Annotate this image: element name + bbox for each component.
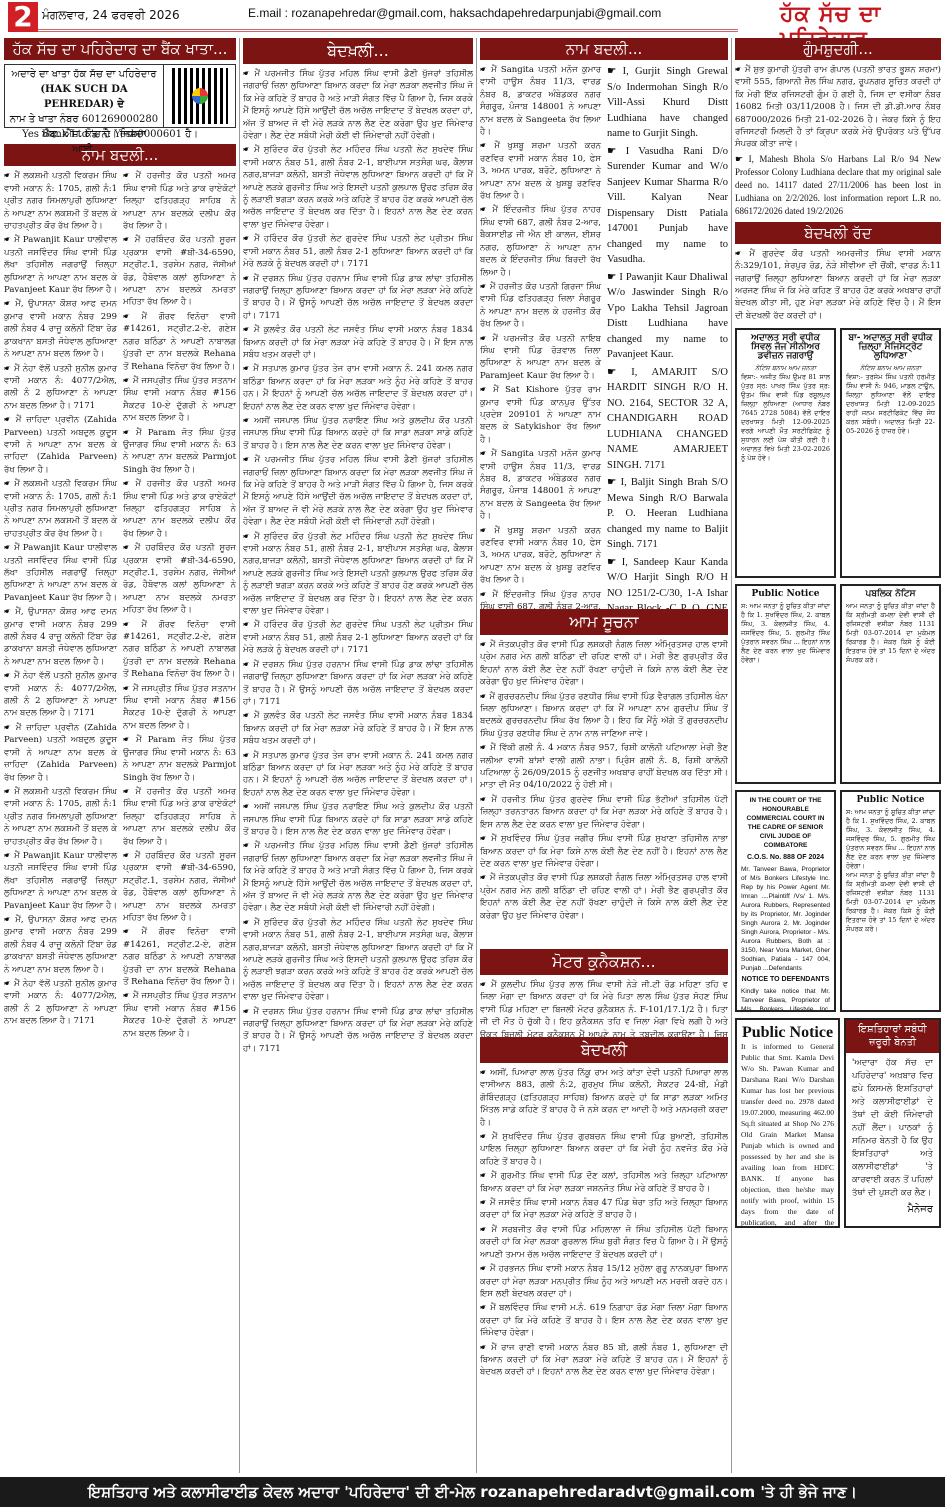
case-number: C.O.S. No. 888 OF 2024 [741,853,830,862]
footer-text: ਇਸ਼ਤਿਹਾਰ ਅਤੇ ਕਲਾਸੀਫਾਈਡ ਕੇਵਲ ਅਦਾਰਾ 'ਪਹਿਰੇ… [88,1483,857,1501]
notice-item: ਮੈਂ ਹਰਜੀਤ ਕੌਰ ਪਤਨੀ ਅਮਰ ਸਿੰਘ ਵਾਸੀ ਪਿੰਡ ਅਤ… [123,478,236,540]
court-notice-title: IN THE COURT OF THE HONOURABLE COMMERCIA… [741,796,830,850]
ad-disclaimer-title: ਇਸ਼ਤਿਹਾਰਾਂ ਸਬੰਧੀ ਜ਼ਰੂਰੀ ਬੇਨਤੀ [846,1020,939,1053]
court-notice-2: ਬਾ- ਅਦਾਲਤ ਸ੍ਰੀ ਵਧੀਕ ਜ਼ਿਲ੍ਹਾ ਮੈਜਿਸਟ੍ਰੇਟ ਲ… [840,328,941,578]
notice-item: ਮੈਂ ਹਰਬਿੰਦਰ ਕੌਰ ਪਤਨੀ ਸੂਰਜ ਪ੍ਰਕਾਸ਼ ਵਾਸੀ #… [123,234,236,308]
section-title: ਬੇਦਖਲੀ ਰੱਦ [804,224,871,242]
notice-item: ਅਸੀਂ ਜਸਪਾਲ ਸਿੰਘ ਪੁੱਤਰ ਨਰਾਇਣ ਸਿੰਘ ਅਤੇ ਕੁਲ… [243,801,473,838]
notice-item: ਮੈਂ ਜੋਤਕਪ੍ਰੀਤ ਕੌਰ ਵਾਸੀ ਪਿੰਡ ਲਸ਼ਕਰੀ ਨੰਗਲ … [480,872,728,922]
notice-item: ਮੈਂ ਇੰਦਰਜੀਤ ਸਿੰਘ ਪੁੱਤਰ ਨਾਹਰ ਸਿੰਘ ਵਾਸੀ 68… [480,204,601,278]
court-notice-subtitle: ਨੋਟਿਸ ਬਨਾਮ ਆਮ ਜਨਤਾ [741,364,830,373]
public-notice-body: It is informed to General Public that Sm… [741,1041,834,1228]
notice-to-defendants-body: Kindly take notice that Mr. Tanveer Bawa… [741,987,830,1012]
notice-item: ਮੈਂ ਪਰਮਜੀਤ ਕੌਰ ਪਤਨੀ ਨਾਇਬ ਸਿੰਘ ਵਾਸੀ ਪਿੰਡ … [480,333,601,383]
court-notice-body: ਆਮ ਜਨਤਾ ਨੂੰ ਸੂਚਿਤ ਕੀਤਾ ਜਾਂਦਾ ਹੈ ਕਿ ਸ਼੍ਰੀ… [846,871,935,934]
bank-account-heading: ਹੱਕ ਸੱਚ ਦਾ ਪਹਿਰੇਦਾਰ ਦਾ ਬੈਂਕ ਖਾਤਾ... [4,38,236,60]
motor-connection-body: ਮੈਂ ਕੁਲਦੀਪ ਸਿੰਘ ਪੁੱਤਰ ਲਾਲ ਸਿੰਘ ਵਾਸੀ ਨੇੜੇ… [480,979,728,1037]
court-notice-4: Public Notice ਸ: ਆਮ ਜਨਤਾ ਨੂੰ ਸੂਚਿਤ ਕੀਤਾ … [840,790,941,1012]
qr-code[interactable] [163,65,235,127]
notice-item: ਮੈਂ ਗੁਰਮੀਤ ਸਿੰਘ ਵਾਸੀ ਪਿੰਡ ਦੌਣ ਕਲਾਂ, ਤਹਿਸ… [480,1170,728,1195]
column-divider [476,38,477,1473]
notice-item: ਮੈਂ ਕੁਲਵੰਤ ਕੌਰ ਪਤਨੀ ਲੇਟ ਜਸਵੰਤ ਸਿੰਘ ਵਾਸੀ … [243,710,473,747]
notice-item: ਮੈਂ ਲਕਸ਼ਮੀ ਪਤਨੀ ਵਿਕਰਮ ਸਿੰਘ ਵਾਸੀ ਮਕਾਨ ਨੰ:… [4,170,117,232]
court-notices-row-3: IN THE COURT OF THE HONOURABLE COMMERCIA… [735,790,941,1018]
notice-item: ਮੈਂ ਖੁਸ਼ਬੂ ਸ਼ਰਮਾ ਪਤਨੀ ਕਰਨ ਰਣਵਿਰ ਵਾਸੀ ਮਕਾ… [480,140,601,202]
notice-item: ਮੈਂ ਸੁਰਿੰਦਰ ਕੌਰ ਪੁੱਤਰੀ ਲੇਟ ਮਹਿੰਦਰ ਸਿੰਘ ਪ… [243,917,473,1004]
court-notice-body: ਸ: ਆਮ ਜਨਤਾ ਨੂੰ ਸੂਚਿਤ ਕੀਤਾ ਜਾਂਦਾ ਹੈ ਕਿ 1.… [741,602,830,665]
column-right: ਗੁੰਮਸ਼ੁਦਗੀ... ਮੈਂ ਸ਼ੁਭ ਕੁਮਾਰੀ ਪੁੱਤਰੀ ਰਾਮ… [735,38,941,1470]
notice-item: I Vasudha Rani D/o Surender Kumar and W/… [607,144,728,268]
column-left: ਹੱਕ ਸੱਚ ਦਾ ਪਹਿਰੇਦਾਰ ਦਾ ਬੈਂਕ ਖਾਤਾ... ਅਦਾਰ… [4,38,236,1470]
court-notice-body: ਸ: ਆਮ ਜਨਤਾ ਨੂੰ ਸੂਚਿਤ ਕੀਤਾ ਜਾਂਦਾ ਹੈ ਕਿ 1.… [846,808,935,871]
notice-item: ਮੈਂ ਪਰਮਜੀਤ ਸਿੰਘ ਪੁੱਤਰ ਮਹਿਲ ਸਿੰਘ ਵਾਸੀ ਡੈਣ… [243,454,473,528]
naam-badli-left-body: ਮੈਂ ਲਕਸ਼ਮੀ ਪਤਨੀ ਵਿਕਰਮ ਸਿੰਘ ਵਾਸੀ ਮਕਾਨ ਨੰ:… [4,170,236,1042]
case-parties: Mr. Tanveer Bawa, Proprietor of M/s Bonk… [741,865,830,973]
notice-item: ਮੈਂ Pawanjit Kaur ਧਾਲੀਵਾਲ ਪਤਨੀ ਜਸਵਿੰਦਰ ਸ… [4,542,117,604]
notice-item: ਮੈਂ ਸਰਬਜੀਤ ਕੌਰ ਵਾਸੀ ਪਿੰਡ ਮਹਿਲਾਲਾ ਜੋ ਸਿੰਘ… [480,1224,728,1261]
notice-item: ਮੈਂ ਸੁਰਿੰਦਰ ਕੌਰ ਪੁੱਤਰੀ ਲੇਟ ਮਹਿੰਦਰ ਸਿੰਘ ਪ… [243,144,473,231]
ad-disclaimer-body: 'ਅਦਾਰਾ ਹੱਕ ਸੱਚ ਦਾ ਪਹਿਰੇਦਾਰ' ਅਖ਼ਬਾਰ ਵਿਚ ਛ… [846,1053,939,1204]
section-title: ਆਮ ਸੂਚਨਾ [569,612,638,631]
footer-banner: ਇਸ਼ਤਿਹਾਰ ਅਤੇ ਕਲਾਸੀਫਾਈਡ ਕੇਵਲ ਅਦਾਰਾ 'ਪਹਿਰੇ… [0,1477,945,1507]
notice-item: I, Sandeep Kaur Kanda W/O Harjit Singh R… [607,555,728,610]
court-notice-title: ਪਬਲਿਕ ਨੋਟਿਸ [846,590,935,599]
page-header: 2 ਮੰਗਲਵਾਰ, 24 ਫਰਵਰੀ 2026 E.mail : rozana… [0,0,945,32]
section-title: ਬੇਦਖਲੀ [581,1040,627,1059]
public-notice-english: Public Notice It is informed to General … [735,1018,840,1228]
naam-badli-mid-body: ਮੈਂ Sangita ਪਤਨੀ ਮਨੋਜ ਕੁਮਾਰ ਵਾਸੀ ਹਾਊਸ ਨੰ… [480,64,728,609]
notice-item: ਮੈਂ ਜਸਪ੍ਰੀਤ ਸਿੰਘ ਪੁੱਤਰ ਸਤਨਾਮ ਸਿੰਘ ਵਾਸੀ ਮ… [123,375,236,425]
notice-item: ਮੈਂ ਸ਼ੁਭ ਕੁਮਾਰੀ ਪੁੱਤਰੀ ਰਾਮ ਗੋਪਾਲ (ਪਤਨੀ ਭ… [735,64,941,151]
notice-item: ਮੈਂ ਨੇਹਾ ਵੱਲੋਂ ਪਤਨੀ ਸੁਨੀਲ ਕੁਮਾਰ ਵਾਸੀ ਮਕਾ… [4,363,117,413]
notice-item: ਮੈਂ ਨੇਹਾ ਵੱਲੋਂ ਪਤਨੀ ਸੁਨੀਲ ਕੁਮਾਰ ਵਾਸੀ ਮਕਾ… [4,670,117,720]
notice-item: ਮੈਂ ਹਰਿੰਦਰ ਕੌਰ ਪੁੱਤਰੀ ਲੇਟ ਗੁਰਦੇਵ ਸਿੰਘ ਪਤ… [243,233,473,270]
public-notice-small-right: ਪਬਲਿਕ ਨੋਟਿਸ ਆਮ ਜਨਤਾ ਨੂੰ ਸੂਚਿਤ ਕੀਤਾ ਜਾਂਦਾ… [840,584,941,784]
notice-item: ਮੈਂ Pawanjit Kaur ਧਾਲੀਵਾਲ ਪਤਨੀ ਜਸਵਿੰਦਰ ਸ… [4,234,117,296]
notice-item: ਮੈਂ ਕੁਲਵੰਤ ਕੌਰ ਪਤਨੀ ਲੇਟ ਜਸਵੰਤ ਸਿੰਘ ਵਾਸੀ … [243,324,473,361]
court-notice-title: ਅਦਾਲਤ ਸ੍ਰੀ ਵਧੀਕ ਸਿਵਲ ਜੱਜ ਸੀਨੀਅਰ ਡਵੀਜ਼ਨ ਜ… [741,334,830,361]
notice-item: ਮੈਂ ਹਰਜੀਤ ਕੌਰ ਪਤਨੀ ਅਮਰ ਸਿੰਘ ਵਾਸੀ ਪਿੰਡ ਅਤ… [123,170,236,232]
notice-item: ਮੈਂ Sat Kishore ਪੁੱਤਰ ਰਾਮ ਕੁਮਾਰ ਵਾਸੀ ਪਿੰ… [480,384,601,446]
section-title: ਬੇਦਖ਼ਲੀ... [327,41,389,60]
notice-item: ਮੈਂ Sangita ਪਤਨੀ ਮਨੋਜ ਕੁਮਾਰ ਵਾਸੀ ਹਾਊਸ ਨੰ… [480,64,601,138]
notice-item: I, Mahesh Bhola S/o Harbans Lal R/o 94 N… [735,153,941,218]
notice-item: ਮੈਂ ਸੁਖਵਿੰਦਰ ਸਿੰਘ ਪੁੱਤਰ ਗੁਰਬਚਨ ਸਿੰਘ ਵਾਸੀ… [480,1131,728,1168]
notice-item: ਮੈਂ ਰਾਜ ਰਾਣੀ ਵਾਸੀ ਮਕਾਨ ਨੰਬਰ 85 ਬੀ, ਗਲੀ ਨ… [480,1342,728,1379]
notice-item: ਮੈਂ ਹਰਬਿੰਦਰ ਕੌਰ ਪਤਨੀ ਸੂਰਜ ਪ੍ਰਕਾਸ਼ ਵਾਸੀ #… [123,850,236,924]
naam-badli-punjabi-col: ਮੈਂ Sangita ਪਤਨੀ ਮਨੋਜ ਕੁਮਾਰ ਵਾਸੀ ਹਾਊਸ ਨੰ… [480,64,601,609]
notice-item: ਮੈਂ ਹਰਿੰਦਰ ਕੌਰ ਪੁੱਤਰੀ ਲੇਟ ਗੁਰਦੇਵ ਸਿੰਘ ਪਤ… [243,619,473,656]
notice-item: ਮੈਂ ਹਰਬਿੰਦਰ ਕੌਰ ਪਤਨੀ ਸੂਰਜ ਪ੍ਰਕਾਸ਼ ਵਾਸੀ #… [123,542,236,616]
notice-item: ਮੈਂ, ਉਪਾਸਨਾ ਕੌਸ਼ਰ ਆਫ ਦਮਨ ਕੁਮਾਰ ਵਾਸੀ ਮਕਾਨ… [4,298,117,360]
bank-account-box: ਅਦਾਰੇ ਦਾ ਖਾਤਾ ਹੱਕ ਸੱਚ ਦਾ ਪਹਿਰੇਦਾਰ (HAK S… [4,64,236,128]
notice-item: ਮੈਂ ਜਸਪ੍ਰੀਤ ਸਿੰਘ ਪੁੱਤਰ ਸਤਨਾਮ ਸਿੰਘ ਵਾਸੀ ਮ… [123,683,236,733]
notice-item: ਮੈਂ ਸਤਪਾਲ ਕੁਮਾਰ ਪੁੱਤਰ ਤੇਜ ਰਾਮ ਵਾਸੀ ਮਕਾਨ … [243,750,473,800]
public-notice-title: Public Notice [741,1028,834,1037]
court-notices-row-2: Public Notice ਸ: ਆਮ ਜਨਤਾ ਨੂੰ ਸੂਚਿਤ ਕੀਤਾ … [735,584,941,790]
court-notice-body: ਵਿਸ਼ਾ:- ਅਜੀਤ ਸਿੰਘ ਉਮਰ 81 ਸਾਲ ਪੁੱਤਰ ਸ੍ਰ: … [741,373,830,463]
bank-title: ਹੱਕ ਸੱਚ ਦਾ ਪਹਿਰੇਦਾਰ ਦਾ ਬੈਂਕ ਖਾਤਾ... [13,40,228,58]
court-notice-title: Public Notice [846,796,935,805]
notice-item: ਮੈਂ ਸੁਰਿੰਦਰ ਕੌਰ ਪੁੱਤਰੀ ਲੇਟ ਮਹਿੰਦਰ ਸਿੰਘ ਪ… [243,531,473,618]
bank-line-2: (HAK SUCH DA PEHREDAR) ਦੇ [9,82,159,112]
public-notice-small-left: Public Notice ਸ: ਆਮ ਜਨਤਾ ਨੂੰ ਸੂਚਿਤ ਕੀਤਾ … [735,584,836,784]
notice-item: ਮੈਂ ਹਰਜੀਤ ਕੌਰ ਪਤਨੀ ਅਮਰ ਸਿੰਘ ਵਾਸੀ ਪਿੰਡ ਅਤ… [123,786,236,848]
notice-item: ਮੈਂ ਕੁਲਦੀਪ ਸਿੰਘ ਪੁੱਤਰ ਲਾਲ ਸਿੰਘ ਵਾਸੀ ਨੇੜੇ… [480,979,728,1037]
notice-item: ਮੈਂ ਜੋਤਕਪ੍ਰੀਤ ਕੌਰ ਵਾਸੀ ਪਿੰਡ ਲਸ਼ਕਰੀ ਨੰਗਲ … [480,639,728,689]
bottom-right-row: Public Notice It is informed to General … [735,1018,941,1234]
column-center-left: ਬੇਦਖ਼ਲੀ... ਮੈਂ ਪਰਮਜੀਤ ਸਿੰਘ ਪੁੱਤਰ ਮਹਿਲ ਸਿ… [243,38,473,1470]
commercial-court-notice: IN THE COURT OF THE HONOURABLE COMMERCIA… [735,790,836,1012]
notice-item: ਅਸੀਂ ਜਸਪਾਲ ਸਿੰਘ ਪੁੱਤਰ ਨਰਾਇਣ ਸਿੰਘ ਅਤੇ ਕੁਲ… [243,415,473,452]
notice-item: ਮੈਂ ਵਿੱਕੀ ਗਲੀ ਨੰ. 4 ਮਕਾਨ ਨੰਬਰ 957, ਰਿਸ਼ੀ… [480,742,728,792]
manager-signature: ਮੈਨੇਜਰ [846,1204,939,1220]
contact-email: E.mail : rozanapehredar@gmail.com, haksa… [248,6,661,20]
notice-item: ਮੈਂ ਬਲਵਿੰਦਰ ਸਿੰਘ ਵਾਸੀ ਮ.ਨੰ. 619 ਨਿਗਾਹਾ ਰ… [480,1302,728,1339]
notice-item: ਮੈਂ ਜ਼ਾਹਿਦਾ ਪ੍ਰਵੀਨ (Zahida Parveen) ਪਤਨੀ… [4,722,117,784]
notice-item: ਮੈਂ ਗੌਰਵ ਵਿਨੋਚਾ ਵਾਸੀ #14261, ਸਟ੍ਰੀਟ.2-ਏ,… [123,619,236,681]
notice-item: ਮੈਂ ਜ਼ਾਹਿਦਾ ਪ੍ਰਵੀਨ (Zahida Parveen) ਪਤਨੀ… [4,414,117,476]
bank-details: ਅਦਾਰੇ ਦਾ ਖਾਤਾ ਹੱਕ ਸੱਚ ਦਾ ਪਹਿਰੇਦਾਰ (HAK S… [5,65,163,127]
notice-item: ਮੈਂ ਪਰਮਜੀਤ ਸਿੰਘ ਪੁੱਤਰ ਮਹਿਲ ਸਿੰਘ ਵਾਸੀ ਡੈਣ… [243,68,473,142]
ad-disclaimer-box: ਇਸ਼ਤਿਹਾਰਾਂ ਸਬੰਧੀ ਜ਼ਰੂਰੀ ਬੇਨਤੀ 'ਅਦਾਰਾ ਹੱਕ… [844,1018,941,1228]
court-notice-title: Public Notice [741,590,830,599]
notice-item: ਮੈਂ ਗੁਰਦੇਵ ਕੌਰ ਪਤਨੀ ਅਮਰਜੀਤ ਸਿੰਘ ਵਾਸੀ ਮਕਾ… [735,248,941,322]
court-notices-row-1: ਅਦਾਲਤ ਸ੍ਰੀ ਵਧੀਕ ਸਿਵਲ ਜੱਜ ਸੀਨੀਅਰ ਡਵੀਜ਼ਨ ਜ… [735,328,941,584]
naam-badli-heading-mid: ਨਾਮ ਬਦਲੀ... [480,38,728,60]
court-notice-subtitle: ਨੋਟਿਸ ਬਨਾਮ ਆਮ ਜਨਤਾ [846,364,935,373]
notice-item: I, AMARJIT S/O HARDIT SINGH R/O H. NO. 2… [607,365,728,474]
notice-item: ਮੈਂ ਖੁਸ਼ਬੂ ਸ਼ਰਮਾ ਪਤਨੀ ਕਰਨ ਰਣਵਿਰ ਵਾਸੀ ਮਕਾ… [480,525,601,587]
notice-item: ਮੈਂ ਪਰਮਜੀਤ ਸਿੰਘ ਪੁੱਤਰ ਮਹਿਲ ਸਿੰਘ ਵਾਸੀ ਡੈਣ… [243,840,473,914]
notice-item: ਮੈਂ ਨੇਹਾ ਵੱਲੋਂ ਪਤਨੀ ਸੁਨੀਲ ਕੁਮਾਰ ਵਾਸੀ ਮਕਾ… [4,978,117,1028]
court-notice-1: ਅਦਾਲਤ ਸ੍ਰੀ ਵਧੀਕ ਸਿਵਲ ਜੱਜ ਸੀਨੀਅਰ ਡਵੀਜ਼ਨ ਜ… [735,328,836,578]
court-notice-body: ਆਮ ਜਨਤਾ ਨੂੰ ਸੂਚਿਤ ਕੀਤਾ ਜਾਂਦਾ ਹੈ ਕਿ ਸ਼੍ਰੀ… [846,602,935,665]
naam-badli-english-col: I, Gurjit Singh Grewal S/o Indermohan Si… [607,64,728,609]
notice-item: ਮੈਂ ਦਰਸ਼ਨ ਸਿੰਘ ਪੁੱਤਰ ਹਰਨਾਮ ਸਿੰਘ ਵਾਸੀ ਪਿੰ… [243,273,473,323]
notice-item: ਮੈਂ ਜਸਵੰਤ ਸਿੰਘ ਵਾਸੀ ਮਕਾਨ ਨੰਬਰ 47 ਪਿੰਡ ਥੇ… [480,1197,728,1222]
motor-connection-heading: ਮੋਟਰ ਕੁਨੈਕਸ਼ਨ... [480,949,728,975]
court-notice-body: ਵਿਸ਼ਾ:- ਤਰਸੇਮ ਸਿੰਘ ਪਤਨੀ ਹਰਮੀਤ ਸਿੰਘ ਵਾਸੀ … [846,373,935,436]
qr-code-icon [172,68,228,124]
notice-item: ਮੈਂ ਗੌਰਵ ਵਿਨੋਚਾ ਵਾਸੀ #14261, ਸਟ੍ਰੀਟ.2-ਏ,… [123,311,236,373]
column-divider [239,38,240,1473]
notice-item: ਮੈਂ, ਉਪਾਸਨਾ ਕੌਸ਼ਰ ਆਫ ਦਮਨ ਕੁਮਾਰ ਵਾਸੀ ਮਕਾਨ… [4,914,117,976]
aam-suchna-heading: ਆਮ ਸੂਚਨਾ [480,609,728,635]
notice-item: ਮੈਂ ਜਸਪ੍ਰੀਤ ਸਿੰਘ ਪੁੱਤਰ ਸਤਨਾਮ ਸਿੰਘ ਵਾਸੀ ਮ… [123,990,236,1040]
bedakhli-radd-heading: ਬੇਦਖਲੀ ਰੱਦ [735,222,941,244]
gumshudgi-heading: ਗੁੰਮਸ਼ੁਦਗੀ... [735,38,941,60]
notice-item: ਮੈਂ ਇੰਦਰਜੀਤ ਸਿੰਘ ਪੁੱਤਰ ਨਾਹਰ ਸਿੰਘ ਵਾਸੀ 68… [480,589,601,609]
notice-item: ਮੈਂ ਸੁਖਵਿੰਦਰ ਸਿੰਘ ਪੁੱਤਰ ਜਗੀਰ ਸਿੰਘ ਵਾਸੀ ਪ… [480,833,728,870]
bedakhli-mid-heading: ਬੇਦਖਲੀ [480,1037,728,1063]
notice-item: I, Gurjit Singh Grewal S/o Indermohan Si… [607,64,728,142]
court-notice-title: ਬਾ- ਅਦਾਲਤ ਸ੍ਰੀ ਵਧੀਕ ਜ਼ਿਲ੍ਹਾ ਮੈਜਿਸਟ੍ਰੇਟ ਲ… [846,334,935,361]
section-title: ਨਾਮ ਬਦਲੀ... [82,146,159,164]
notice-item: ਮੈਂ ਗੌਰਵ ਵਿਨੋਚਾ ਵਾਸੀ #14261, ਸਟ੍ਰੀਟ.2-ਏ,… [123,926,236,988]
page-number: 2 [8,2,38,32]
notice-item: I, Baljit Singh Brah S/O Mewa Singh R/O … [607,475,728,553]
notice-item: ਮੈਂ ਦਰਸ਼ਨ ਸਿੰਘ ਪੁੱਤਰ ਹਰਨਾਮ ਸਿੰਘ ਵਾਸੀ ਪਿੰ… [243,659,473,709]
bedakhli-heading: ਬੇਦਖ਼ਲੀ... [243,38,473,64]
notice-to-defendants-title: NOTICE TO DEFENDANTS [741,975,830,984]
notice-item: ਮੈਂ ਲਕਸ਼ਮੀ ਪਤਨੀ ਵਿਕਰਮ ਸਿੰਘ ਵਾਸੀ ਮਕਾਨ ਨੰ:… [4,478,117,540]
notice-item: I Pawanjit Kaur Dhaliwal W/o Jaswinder S… [607,270,728,363]
bank-line-1: ਅਦਾਰੇ ਦਾ ਖਾਤਾ ਹੱਕ ਸੱਚ ਦਾ ਪਹਿਰੇਦਾਰ [9,67,159,82]
bank-line-3: ਨਾਮ ਤੇ ਖਾਤਾ ਨੰਬਰ 601269000280 [9,112,159,127]
issue-date: ਮੰਗਲਵਾਰ, 24 ਫਰਵਰੀ 2026 [42,8,180,23]
aam-suchna-body: ਮੈਂ ਜੋਤਕਪ੍ਰੀਤ ਕੌਰ ਵਾਸੀ ਪਿੰਡ ਲਸ਼ਕਰੀ ਨੰਗਲ … [480,639,728,949]
notice-item: ਮੈਂ, ਉਪਾਸਨਾ ਕੌਸ਼ਰ ਆਫ ਦਮਨ ਕੁਮਾਰ ਵਾਸੀ ਮਕਾਨ… [4,606,117,668]
notice-item: ਮੈਂ ਹਰਭਜਨ ਸਿੰਘ ਵਾਸੀ ਮਕਾਨ ਨੰਬਰ 15/12 ਮੁਹੱ… [480,1263,728,1300]
notice-item: ਮੈਂ Param ਜੋਤ ਸਿੰਘ ਪੁੱਤਰ ਉਜਾਗਰ ਸਿੰਘ ਵਾਸੀ… [123,734,236,784]
section-title: ਮੋਟਰ ਕੁਨੈਕਸ਼ਨ... [552,952,656,971]
header-rule [38,29,738,32]
column-divider [731,38,732,1473]
notice-item: ਮੈਂ ਹਰਜੀਤ ਕੌਰ ਪਤਨੀ ਗਿਰਜਾ ਸਿੰਘ ਵਾਸੀ ਪਿੰਡ … [480,281,601,331]
column-center-right: ਨਾਮ ਬਦਲੀ... ਮੈਂ Sangita ਪਤਨੀ ਮਨੋਜ ਕੁਮਾਰ … [480,38,728,1470]
section-title: ਨਾਮ ਬਦਲੀ... [566,40,643,58]
notice-item: ਮੈਂ Pawanjit Kaur ਧਾਲੀਵਾਲ ਪਤਨੀ ਜਸਵਿੰਦਰ ਸ… [4,850,117,912]
notice-item: ਮੈਂ ਲਕਸ਼ਮੀ ਪਤਨੀ ਵਿਕਰਮ ਸਿੰਘ ਵਾਸੀ ਮਕਾਨ ਨੰ:… [4,786,117,848]
notice-item: ਮੈਂ ਹਰਜੀਤ ਸਿੰਘ ਪੁੱਤਰ ਗੁਰਦੇਵ ਸਿੰਘ ਵਾਸੀ ਪਿ… [480,794,728,831]
notice-item: ਮੈਂ ਦਰਸ਼ਨ ਸਿੰਘ ਪੁੱਤਰ ਹਰਨਾਮ ਸਿੰਘ ਵਾਸੀ ਪਿੰ… [243,1006,473,1056]
notice-item: ਮੈਂ Param ਜੋਤ ਸਿੰਘ ਪੁੱਤਰ ਉਜਾਗਰ ਸਿੰਘ ਵਾਸੀ… [123,427,236,477]
notice-item: ਮੈਂ ਗੁਰਚਰਨਦੀਪ ਸਿੰਘ ਪੁੱਤਰ ਰਣਧੀਰ ਸਿੰਘ ਵਾਸੀ… [480,691,728,741]
notice-item: ਅਸੀਂ, ਪਿਆਰਾ ਲਾਲ ਪੁੱਤਰ ਨਿੱਕੂ ਰਾਮ ਅਤੇ ਕਾਂਤ… [480,1067,728,1129]
notice-item: ਮੈਂ Sangita ਪਤਨੀ ਮਨੋਜ ਕੁਮਾਰ ਵਾਸੀ ਹਾਊਸ ਨੰ… [480,448,601,522]
section-title: ਗੁੰਮਸ਼ੁਦਗੀ... [803,40,873,58]
naam-badli-col-a: ਮੈਂ ਲਕਸ਼ਮੀ ਪਤਨੀ ਵਿਕਰਮ ਸਿੰਘ ਵਾਸੀ ਮਕਾਨ ਨੰ:… [4,170,117,1042]
naam-badli-col-b: ਮੈਂ ਹਰਜੀਤ ਕੌਰ ਪਤਨੀ ਅਮਰ ਸਿੰਘ ਵਾਸੀ ਪਿੰਡ ਅਤ… [123,170,236,1042]
notice-item: ਮੈਂ ਸਤਪਾਲ ਕੁਮਾਰ ਪੁੱਤਰ ਤੇਜ ਰਾਮ ਵਾਸੀ ਮਕਾਨ … [243,363,473,413]
